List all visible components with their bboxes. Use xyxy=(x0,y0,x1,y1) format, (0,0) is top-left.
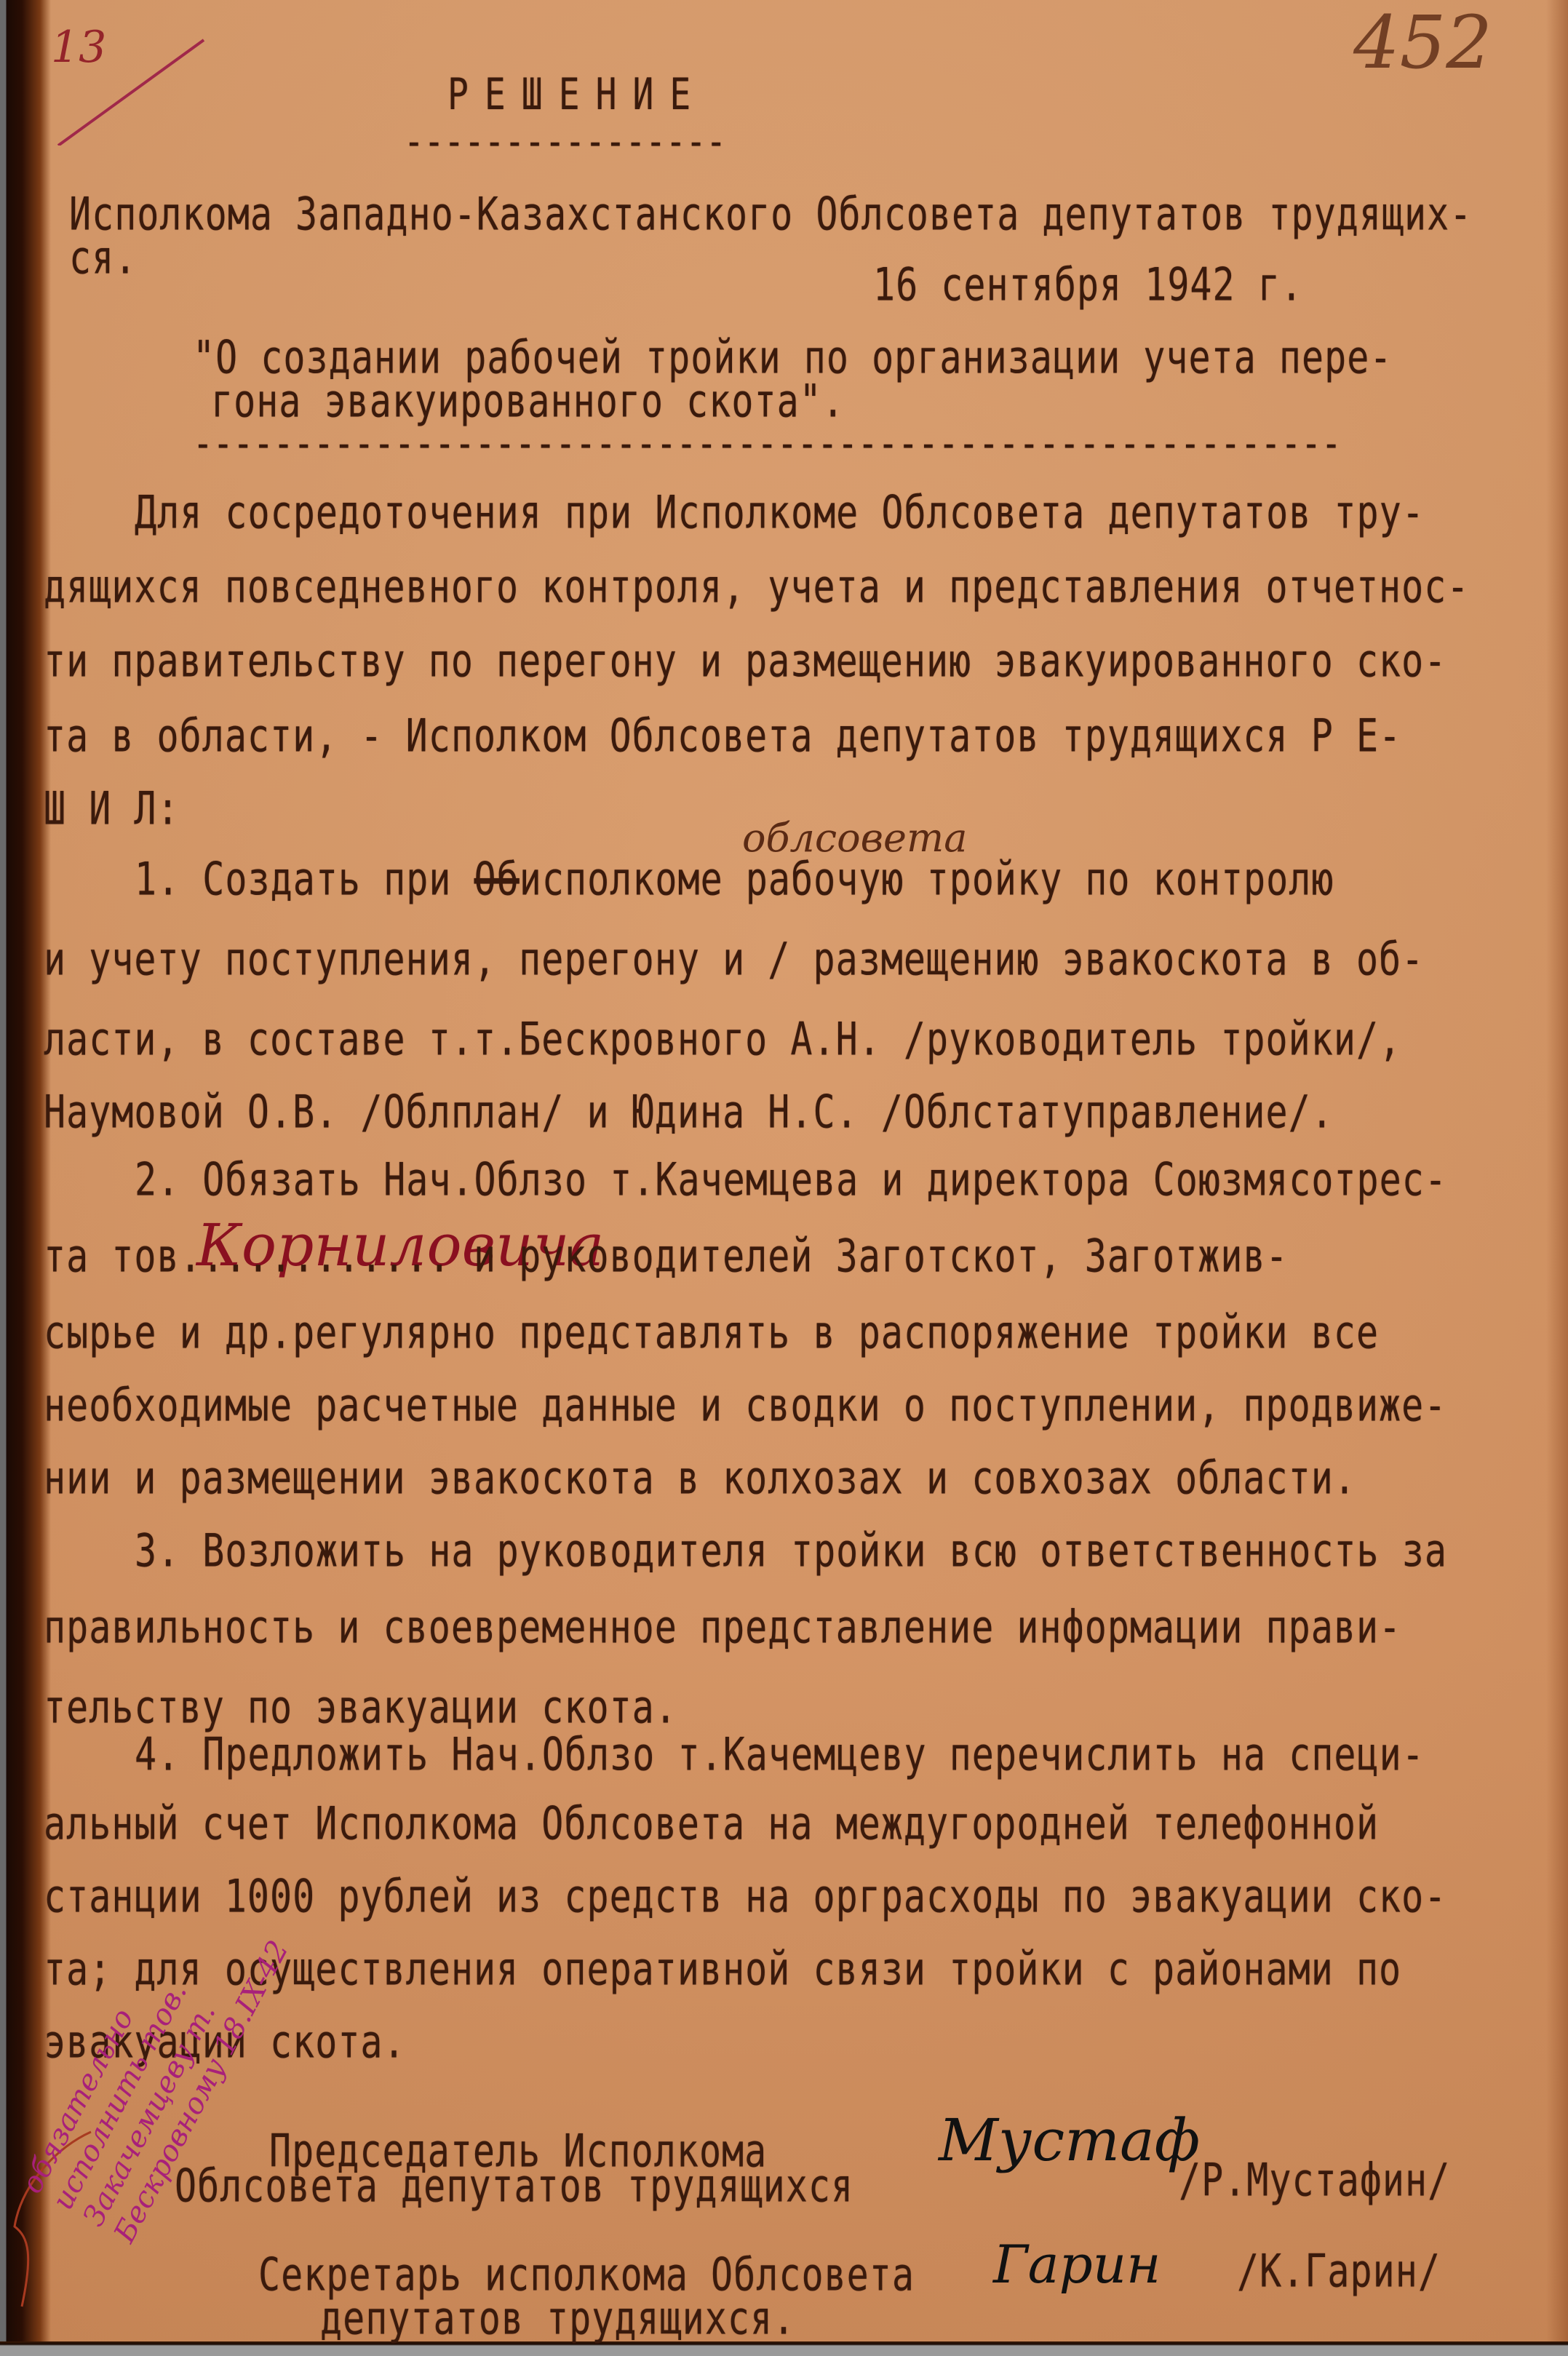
item-1-line-4: Наумовой О.В. /Облплан/ и Юдина Н.С. /Об… xyxy=(44,1086,1334,1139)
chair-title-line-2: Облсовета депутатов трудящихся xyxy=(175,2160,853,2213)
item-2-line-3: сырье и др.регулярно представлять в расп… xyxy=(44,1306,1379,1359)
preamble-line-5: Ш И Л: xyxy=(44,782,180,835)
item-1-line-1: 1. Создать при Обисполкоме рабочую тройк… xyxy=(135,853,1334,906)
item-3-line-1: 3. Возложить на руководителя тройки всю … xyxy=(135,1524,1447,1577)
secretary-title-line-2: депутатов трудящихся. xyxy=(320,2292,795,2345)
item-2-text-before: та тов. xyxy=(44,1230,202,1283)
item-2-line-1: 2. Обязать Нач.Облзо т.Качемцева и дирек… xyxy=(135,1153,1447,1206)
item-4-line-1: 4. Предложить Нач.Облзо т.Качемцеву пере… xyxy=(135,1728,1425,1781)
item-2-line-4: необходимые расчетные данные и сводки о … xyxy=(44,1379,1446,1432)
scan-left-edge xyxy=(0,0,51,2356)
scan-right-edge xyxy=(1546,0,1568,2356)
archival-document-page: 13 452 РЕШЕНИЕ ---------------- Исполком… xyxy=(0,0,1568,2356)
item-2-line-2: та тов............ и руководителей Загот… xyxy=(44,1230,1289,1283)
document-title: РЕШЕНИЕ xyxy=(447,69,707,120)
struck-text: Об xyxy=(474,853,520,906)
corner-mark: 13 xyxy=(51,22,106,73)
chair-signature: Мустаф xyxy=(939,2106,1200,2174)
item-1-line-3: ласти, в составе т.т.Бескровного А.Н. /р… xyxy=(44,1013,1401,1066)
title-underline: ---------------- xyxy=(404,116,726,166)
issuer-line-2: ся. xyxy=(69,231,137,284)
chair-name: /Р.Мустафин/ xyxy=(1179,2154,1450,2207)
item-2-line-5: нии и размещении эвакоскота в колхозах и… xyxy=(44,1452,1356,1505)
item-3-line-2: правильность и своевременное представлен… xyxy=(44,1601,1401,1654)
item-4-line-2: альный счет Исполкома Облсовета на между… xyxy=(44,1797,1379,1850)
item-1-text-after: исполкоме рабочую тройку по контролю xyxy=(520,853,1334,906)
subject-underline: ----------------------------------------… xyxy=(193,418,1342,468)
preamble-line-1: Для сосредоточения при Исполкоме Облсове… xyxy=(135,486,1425,539)
secretary-name: /К.Гарин/ xyxy=(1237,2245,1441,2298)
item-1-line-2: и учету поступления, перегону и / размещ… xyxy=(44,933,1424,986)
preamble-line-3: ти правительству по перегону и размещени… xyxy=(44,634,1446,688)
page-number-handwritten: 452 xyxy=(1353,0,1492,85)
document-date: 16 сентября 1942 г. xyxy=(873,258,1303,311)
preamble-line-2: дящихся повседневного контроля, учета и … xyxy=(44,560,1469,613)
item-3-line-3: тельству по эвакуации скота. xyxy=(44,1681,677,1734)
issuer-line-1: Исполкома Западно-Казахстанского Облсове… xyxy=(69,188,1472,241)
fill-in-dots: ........... xyxy=(202,1230,451,1283)
item-1-text-before: 1. Создать при xyxy=(135,853,474,906)
preamble-line-4: та в области, - Исполком Облсовета депут… xyxy=(44,709,1401,763)
secretary-signature: Гарин xyxy=(993,2234,1161,2295)
item-2-text-after: и руководителей Заготскот, Заготжив- xyxy=(451,1230,1289,1283)
